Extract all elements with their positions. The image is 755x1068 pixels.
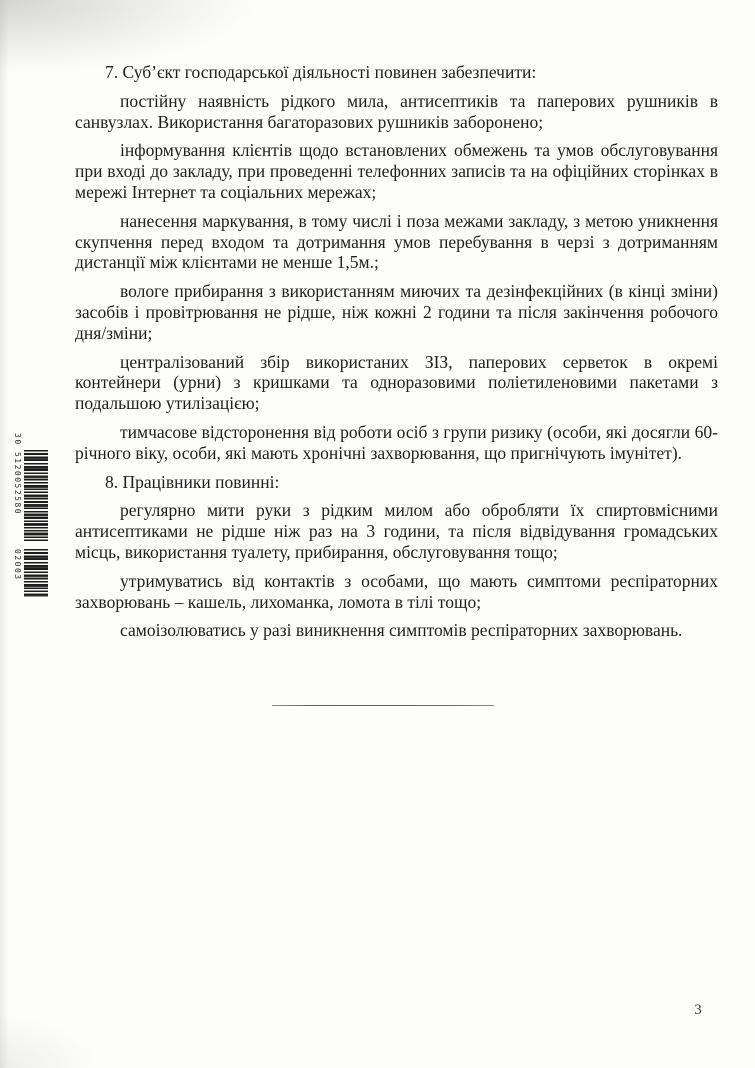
paragraph: інформування клієнтів щодо встановлених … — [75, 140, 718, 202]
barcode-lower: 02003 — [13, 549, 48, 597]
paragraph: утримуватись від контактів з особами, що… — [75, 571, 718, 613]
paragraph-section-8-header: 8. Працівники повинні: — [75, 472, 718, 493]
barcode-upper: 30 5120052580 — [13, 433, 48, 541]
barcode-upper-digits: 30 5120052580 — [13, 433, 22, 541]
paragraph: нанесення маркування, в тому числі і поз… — [75, 211, 718, 273]
paragraph: регулярно мити руки з рідким милом або о… — [75, 500, 718, 562]
barcode-bars-icon — [24, 549, 48, 597]
paragraph: тимчасове відсторонення від роботи осіб … — [75, 422, 718, 464]
document-content: 7. Суб’єкт господарської діяльності пови… — [75, 62, 718, 649]
paragraph: централізований збір використаних ЗІЗ, п… — [75, 352, 718, 414]
paragraph: постійну наявність рідкого мила, антисеп… — [75, 91, 718, 133]
barcode-bars-icon — [24, 450, 48, 541]
paragraph: вологе прибирання з використанням миючих… — [75, 281, 718, 343]
paragraph: самоізолюватись у разі виникнення симпто… — [75, 620, 718, 641]
scan-shadow-bottom-left — [0, 1008, 120, 1068]
section-divider-line — [272, 705, 494, 706]
page-number: 3 — [688, 1002, 708, 1019]
scan-shadow-left-edge — [0, 0, 9, 1068]
barcode-lower-digits: 02003 — [13, 549, 22, 597]
paragraph-section-7-header: 7. Суб’єкт господарської діяльності пови… — [75, 62, 718, 83]
scanned-page: 30 5120052580 02003 7. Суб’єкт господарс… — [0, 0, 755, 1068]
